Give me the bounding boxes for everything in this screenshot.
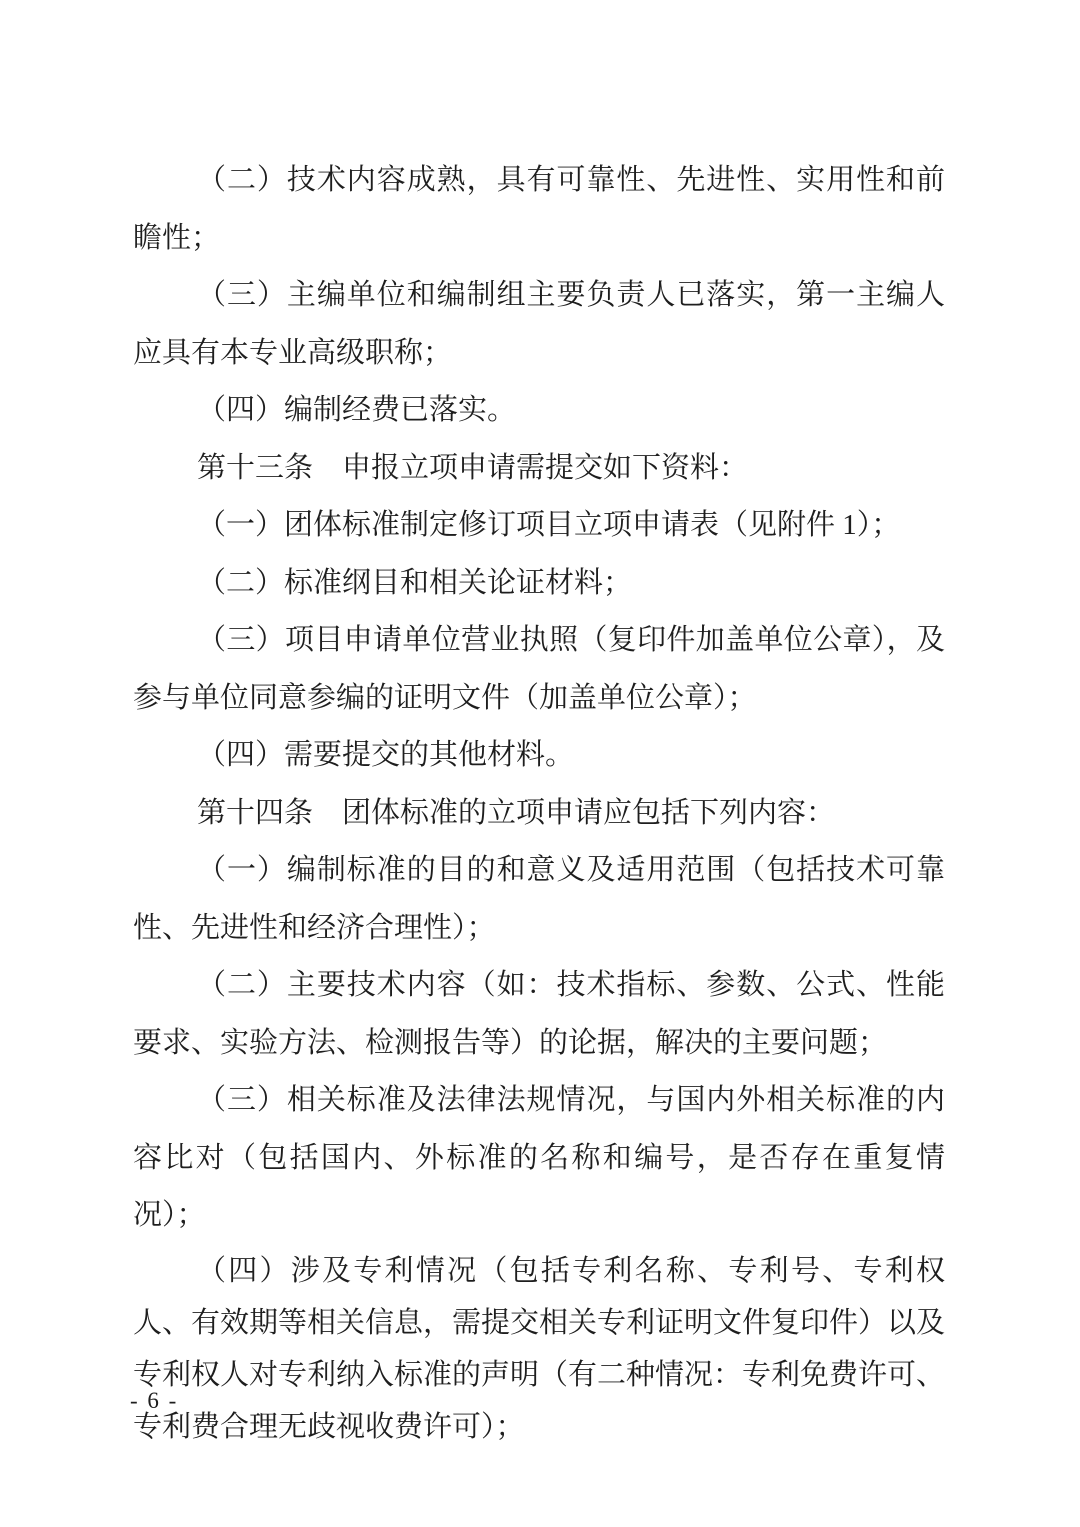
paragraph-clause-2-technical-maturity: （二）技术内容成熟，具有可靠性、先进性、实用性和前瞻性； [133, 152, 945, 267]
paragraph-article-13-item-2: （二）标准纲目和相关论证材料； [133, 555, 945, 613]
paragraph-article-14-item-4: （四）涉及专利情况（包括专利名称、专利号、专利权人、有效期等相关信息，需提交相关… [133, 1245, 945, 1453]
paragraph-article-13-heading: 第十三条 申报立项申请需提交如下资料： [133, 440, 945, 498]
page-number: - 6 - [130, 1388, 178, 1414]
paragraph-article-14-item-3: （三）相关标准及法律法规情况，与国内外相关标准的内容比对（包括国内、外标准的名称… [133, 1072, 945, 1245]
paragraph-clause-4-funding: （四）编制经费已落实。 [133, 382, 945, 440]
document-page: （二）技术内容成熟，具有可靠性、先进性、实用性和前瞻性； （三）主编单位和编制组… [0, 0, 1080, 1527]
paragraph-article-13-item-1: （一）团体标准制定修订项目立项申请表（见附件 1）； [133, 497, 945, 555]
paragraph-article-14-heading: 第十四条 团体标准的立项申请应包括下列内容： [133, 785, 945, 843]
paragraph-article-14-item-2: （二）主要技术内容（如：技术指标、参数、公式、性能要求、实验方法、检测报告等）的… [133, 957, 945, 1072]
paragraph-article-14-item-1: （一）编制标准的目的和意义及适用范围（包括技术可靠性、先进性和经济合理性）； [133, 842, 945, 957]
paragraph-article-13-item-4: （四）需要提交的其他材料。 [133, 727, 945, 785]
paragraph-article-13-item-3: （三）项目申请单位营业执照（复印件加盖单位公章），及参与单位同意参编的证明文件（… [133, 612, 945, 727]
document-body: （二）技术内容成熟，具有可靠性、先进性、实用性和前瞻性； （三）主编单位和编制组… [133, 152, 945, 1453]
paragraph-clause-3-chief-editor: （三）主编单位和编制组主要负责人已落实，第一主编人应具有本专业高级职称； [133, 267, 945, 382]
